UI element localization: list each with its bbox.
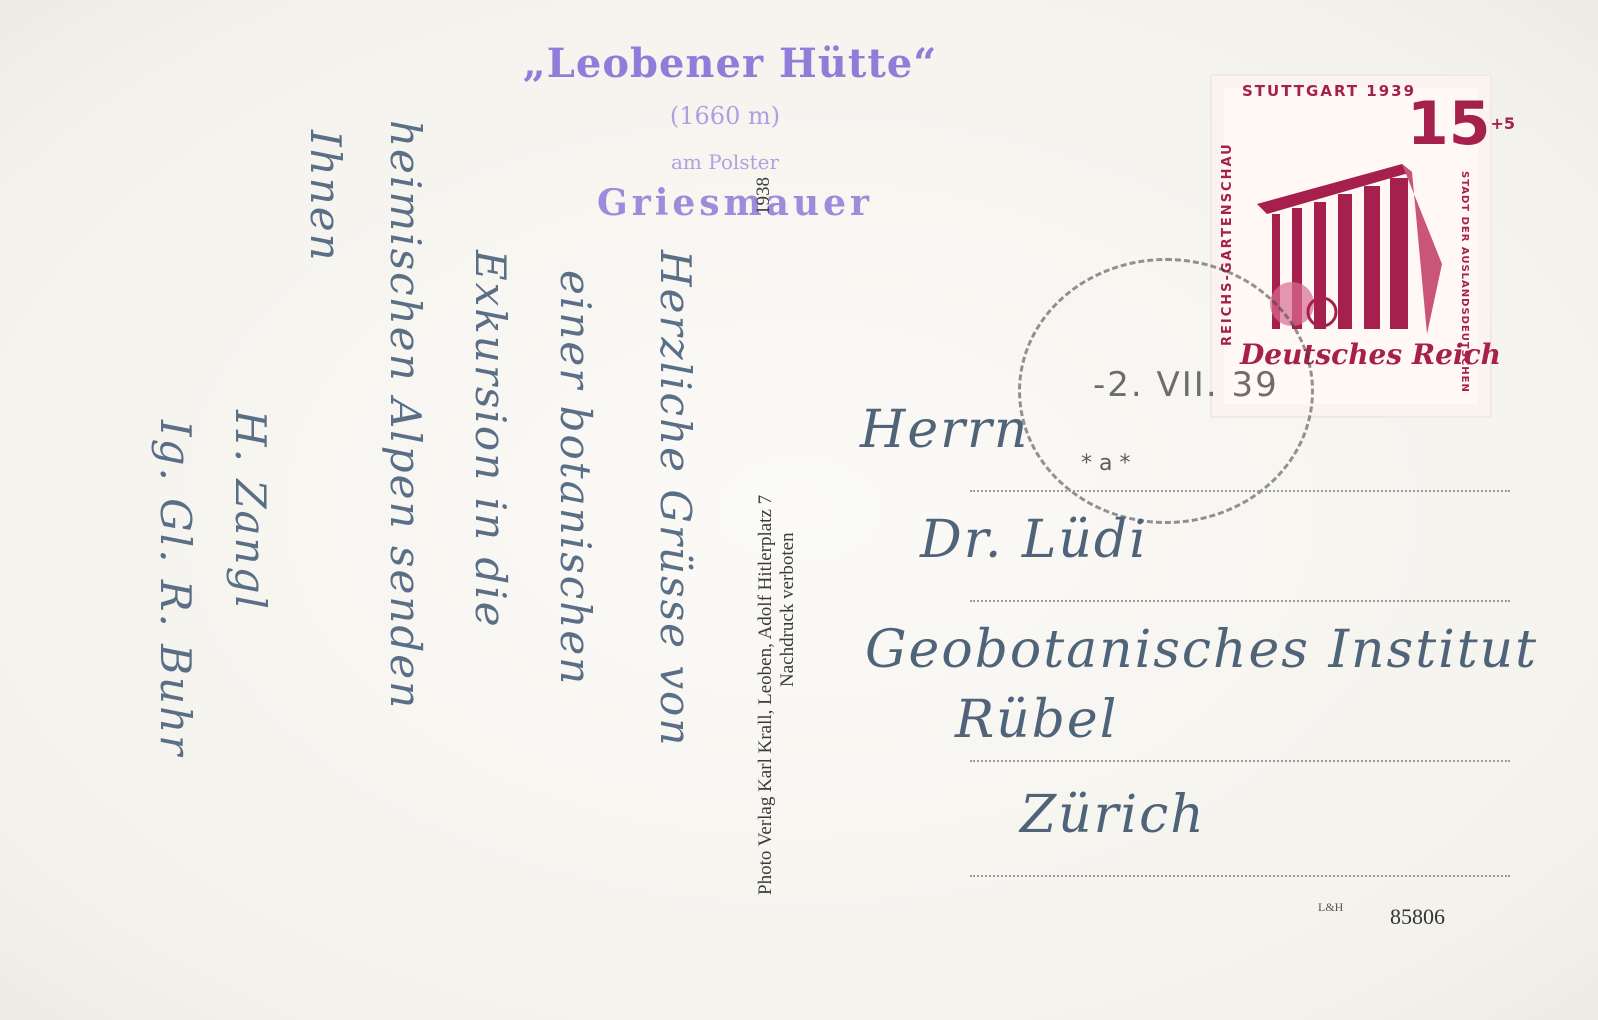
stamp-surcharge: +5 bbox=[1491, 114, 1516, 133]
publisher-logo: L&H bbox=[1318, 902, 1344, 912]
address-line: Herrn bbox=[860, 400, 1029, 460]
address-line: Geobotanisches Institut bbox=[865, 620, 1538, 680]
message-line: einer botanischen bbox=[551, 270, 600, 686]
imprint-line1: Photo Verlag Karl Krall, Leoben, Adolf H… bbox=[755, 495, 777, 895]
message-line: Herzliche Grüsse von bbox=[651, 250, 700, 747]
signature: Ig. Gl. R. Buhr bbox=[151, 420, 200, 757]
address-line: Dr. Lüdi bbox=[920, 510, 1148, 570]
postmark-code: * a * bbox=[1081, 451, 1130, 476]
exhibition-hall-icon bbox=[1252, 134, 1442, 334]
address-rule bbox=[970, 600, 1510, 602]
message-line: Exkursion in die bbox=[466, 250, 515, 629]
address-line: Zürich bbox=[1020, 785, 1206, 845]
imprint-line2: Nachdruck verboten bbox=[777, 495, 799, 895]
postmark: -2. VII. 39 * a * bbox=[1018, 258, 1314, 524]
hut-location-prefix: am Polster bbox=[665, 150, 785, 174]
card-number: 85806 bbox=[1390, 904, 1445, 930]
publisher-imprint: Photo Verlag Karl Krall, Leoben, Adolf H… bbox=[755, 495, 799, 895]
hut-location: Griesmauer bbox=[555, 182, 915, 224]
hut-name: „Leobener Hütte“ bbox=[490, 40, 970, 87]
imprint-year: 1938 bbox=[753, 177, 775, 215]
message-line: Ihnen bbox=[301, 130, 350, 263]
address-rule bbox=[970, 875, 1510, 877]
hut-altitude: (1660 m) bbox=[615, 102, 835, 130]
address-rule bbox=[970, 490, 1510, 492]
message-line: heimischen Alpen senden bbox=[381, 120, 430, 710]
postcard-back: „Leobener Hütte“ (1660 m) am Polster Gri… bbox=[0, 0, 1598, 1020]
postmark-date: -2. VII. 39 bbox=[1093, 365, 1279, 405]
address-rule bbox=[970, 760, 1510, 762]
signature: H. Zangl bbox=[226, 410, 275, 611]
stamp-top-text: STUTTGART 1939 bbox=[1242, 82, 1416, 100]
address-line: Rübel bbox=[955, 690, 1118, 750]
